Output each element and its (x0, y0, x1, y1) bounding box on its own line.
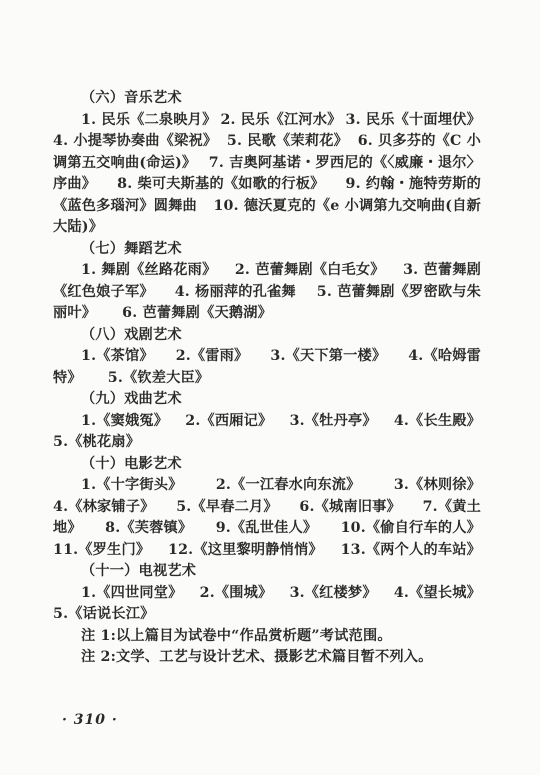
list-item: 11.《罗生门》 (53, 540, 150, 562)
text-line: 1.《四世同堂》 2.《围城》 3.《红楼梦》 4.《望长城》 (53, 583, 481, 605)
list-item: 1.《茶馆》 (81, 346, 154, 368)
text-line: 调第五交响曲(命运)》 7. 吉奥阿基诺・罗西尼的《〈威廉・退尔〉 (53, 153, 481, 175)
section-heading-drama: （八）戏剧艺术 (53, 325, 481, 347)
heading-text: （十一）电视艺术 (81, 561, 196, 583)
list-item: 大陆)》 (53, 217, 103, 239)
list-item: 1.《四世同堂》 (81, 583, 183, 605)
text-line: 4.《林家铺子》 5.《早春二月》 6.《城南旧事》 7.《黄土 (53, 497, 481, 519)
list-item: 6. 芭蕾舞剧《天鹅湖》 (122, 303, 272, 325)
list-item: 5.《钦差大臣》 (108, 368, 210, 390)
list-item: 2. 民乐《江河水》 (220, 110, 341, 132)
document-page: （六）音乐艺术 1. 民乐《二泉映月》 2. 民乐《江河水》 3. 民乐《十面埋… (53, 88, 481, 669)
list-item: 3.《天下第一楼》 (270, 346, 386, 368)
list-item: 2.《雷雨》 (176, 346, 249, 368)
text-line: 1. 舞剧《丝路花雨》 2. 芭蕾舞剧《白毛女》 3. 芭蕾舞剧 (53, 260, 481, 282)
list-item: 4.《哈姆雷 (408, 346, 481, 368)
list-item: 丽叶》 (53, 303, 96, 325)
text-line: 丽叶》 6. 芭蕾舞剧《天鹅湖》 (53, 303, 481, 325)
list-item: 3. 芭蕾舞剧 (403, 260, 481, 282)
list-item: 3. 民乐《十面埋伏》 (346, 110, 481, 132)
text-line: 大陆)》 (53, 217, 481, 239)
text-line: 1.《窦娥冤》 2.《西厢记》 3.《牡丹亭》 4.《长生殿》 (53, 411, 481, 433)
text-line: 地》 8.《芙蓉镇》 9.《乱世佳人》 10.《偷自行车的人》 (53, 518, 481, 540)
note-2: 注 2:文学、工艺与设计艺术、摄影艺术篇目暂不列入。 (53, 647, 481, 669)
list-item: 3.《林则徐》 (394, 475, 481, 497)
heading-text: （八）戏剧艺术 (81, 325, 182, 347)
text-line: 1.《茶馆》 2.《雷雨》 3.《天下第一楼》 4.《哈姆雷 (53, 346, 481, 368)
list-item: 1. 民乐《二泉映月》 (81, 110, 216, 132)
text-line: 1. 民乐《二泉映月》 2. 民乐《江河水》 3. 民乐《十面埋伏》 (53, 110, 481, 132)
list-item: 1.《十字街头》 (81, 475, 183, 497)
list-item: 特》 (53, 368, 82, 390)
list-item: 9.《乱世佳人》 (216, 518, 318, 540)
list-item: 4. 杨丽萍的孔雀舞 (175, 282, 296, 304)
list-item: 4.《望长城》 (394, 583, 481, 605)
text-line: 《蓝色多瑙河》圆舞曲 10. 德沃夏克的《e 小调第九交响曲(自新 (53, 196, 481, 218)
heading-text: （十）电影艺术 (81, 454, 182, 476)
section-heading-dance: （七）舞蹈艺术 (53, 239, 481, 261)
list-item: 10. 德沃夏克的《e 小调第九交响曲(自新 (213, 196, 481, 218)
text-line: 《红色娘子军》 4. 杨丽萍的孔雀舞 5. 芭蕾舞剧《罗密欧与朱 (53, 282, 481, 304)
list-item: 1. 舞剧《丝路花雨》 (81, 260, 216, 282)
list-item: 2.《一江春水向东流》 (216, 475, 361, 497)
list-item: 1.《窦娥冤》 (81, 411, 168, 433)
section-heading-opera: （九）戏曲艺术 (53, 389, 481, 411)
list-item: 地》 (53, 518, 82, 540)
list-item: 《红色娘子军》 (53, 282, 154, 304)
text-line: 11.《罗生门》 12.《这里黎明静悄悄》 13.《两个人的车站》 (53, 540, 481, 562)
list-item: 13.《两个人的车站》 (341, 540, 481, 562)
list-item: 4.《林家铺子》 (53, 497, 155, 519)
heading-text: （九）戏曲艺术 (81, 389, 182, 411)
list-item: 8.《芙蓉镇》 (105, 518, 192, 540)
list-item: 12.《这里黎明静悄悄》 (168, 540, 323, 562)
list-item: 10.《偷自行车的人》 (341, 518, 481, 540)
section-heading-film: （十）电影艺术 (53, 454, 481, 476)
list-item: 2.《围城》 (200, 583, 273, 605)
list-item: 3.《红楼梦》 (290, 583, 377, 605)
list-item: 9. 约翰・施特劳斯的 (346, 174, 481, 196)
list-item: 2. 芭蕾舞剧《白毛女》 (235, 260, 385, 282)
text-line: 特》 5.《钦差大臣》 (53, 368, 481, 390)
list-item: 4.《长生殿》 (394, 411, 481, 433)
list-item: 6. 贝多芬的《C 小 (358, 131, 481, 153)
list-item: 5.《话说长江》 (53, 604, 155, 626)
note-1: 注 1:以上篇目为试卷中“作品赏析题”考试范围。 (53, 626, 481, 648)
text-line: 5.《话说长江》 (53, 604, 481, 626)
list-item: 7.《黄土 (423, 497, 481, 519)
page-number: · 310 · (62, 712, 118, 728)
text-line: 1.《十字街头》 2.《一江春水向东流》 3.《林则徐》 (53, 475, 481, 497)
list-item: 8. 柴可夫斯基的《如歌的行板》 (117, 174, 324, 196)
list-item: 5. 民歌《茉莉花》 (227, 131, 348, 153)
heading-text: （六）音乐艺术 (81, 88, 182, 110)
note-text: 注 2:文学、工艺与设计艺术、摄影艺术篇目暂不列入。 (81, 647, 433, 669)
heading-text: （七）舞蹈艺术 (81, 239, 182, 261)
list-item: 5.《早春二月》 (176, 497, 278, 519)
text-line: 5.《桃花扇》 (53, 432, 481, 454)
section-heading-tv: （十一）电视艺术 (53, 561, 481, 583)
section-heading-music: （六）音乐艺术 (53, 88, 481, 110)
list-item: 7. 吉奥阿基诺・罗西尼的《〈威廉・退尔〉 (209, 153, 481, 175)
list-item: 2.《西厢记》 (185, 411, 272, 433)
list-item: 3.《牡丹亭》 (290, 411, 377, 433)
list-item: 序曲》 (53, 174, 96, 196)
list-item: 《蓝色多瑙河》圆舞曲 (53, 196, 197, 218)
list-item: 6.《城南旧事》 (299, 497, 401, 519)
text-line: 序曲》 8. 柴可夫斯基的《如歌的行板》 9. 约翰・施特劳斯的 (53, 174, 481, 196)
list-item: 4. 小提琴协奏曲《梁祝》 (53, 131, 217, 153)
list-item: 5. 芭蕾舞剧《罗密欧与朱 (317, 282, 481, 304)
text-line: 4. 小提琴协奏曲《梁祝》 5. 民歌《茉莉花》 6. 贝多芬的《C 小 (53, 131, 481, 153)
note-text: 注 1:以上篇目为试卷中“作品赏析题”考试范围。 (81, 626, 392, 648)
list-item: 调第五交响曲(命运)》 (53, 153, 196, 175)
list-item: 5.《桃花扇》 (53, 432, 140, 454)
